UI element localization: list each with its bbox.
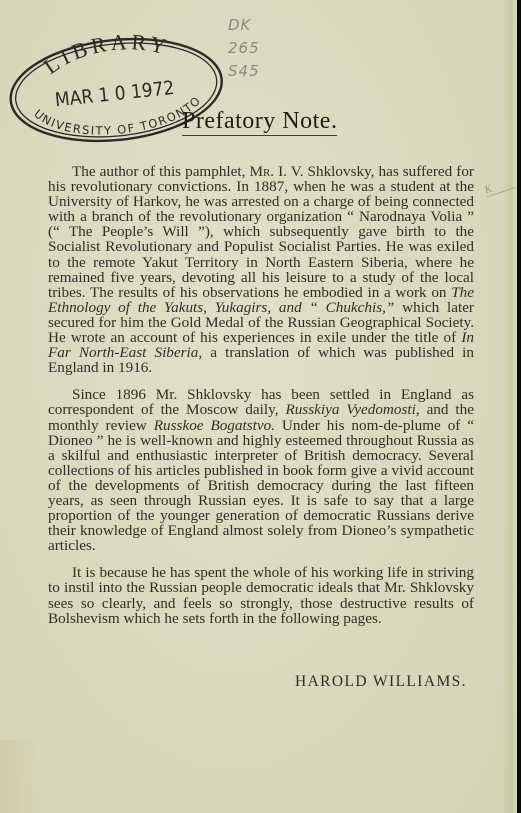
- author-signature: HAROLD WILLIAMS.: [295, 673, 467, 691]
- book-binding-edge: [517, 0, 521, 813]
- paragraph-3: It is because he has spent the whole of …: [48, 565, 474, 625]
- page-shadow-left: [0, 740, 34, 813]
- paragraph-2: Since 1896 Mr. Shklovsky has been settle…: [48, 387, 474, 553]
- page-shadow-right: [503, 0, 513, 813]
- call-number-line-1: DK: [228, 14, 260, 37]
- prefatory-body: The author of this pamphlet, Mr. I. V. S…: [48, 164, 474, 638]
- call-number-line-3: S45: [228, 60, 260, 83]
- call-number-line-2: 265: [228, 37, 260, 60]
- stamp-date: MAR 1 0 1972: [54, 77, 175, 111]
- book-page: LIBRARY MAR 1 0 1972 UNIVERSITY OF TORON…: [0, 0, 517, 813]
- paragraph-1: The author of this pamphlet, Mr. I. V. S…: [48, 164, 474, 375]
- page-title: Prefatory Note.: [182, 108, 337, 136]
- handwritten-call-number: DK 265 S45: [228, 14, 260, 83]
